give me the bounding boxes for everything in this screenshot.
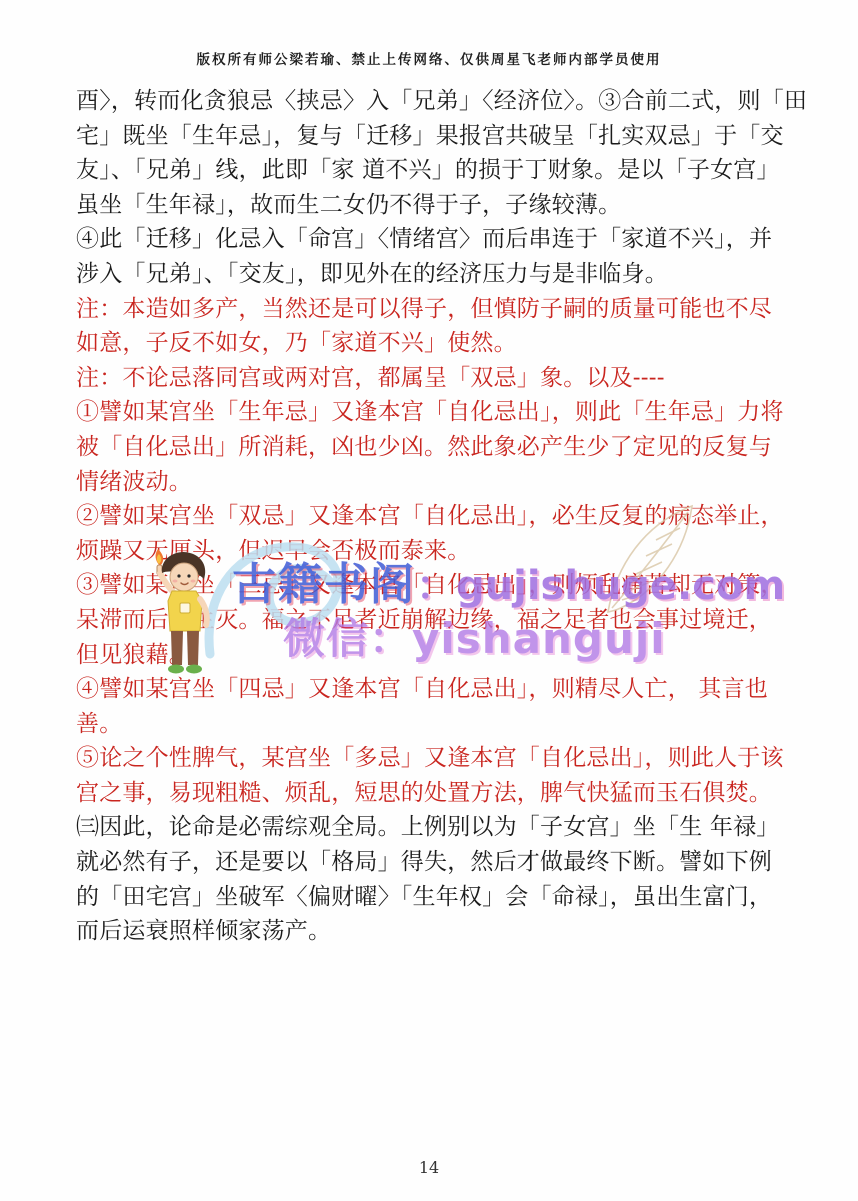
text-line: 注：不论忌落同宫或两对宫，都属呈「双忌」象。以及---- (76, 361, 828, 396)
text-line: 如意，子反不如女，乃「家道不兴」使然。 (76, 326, 828, 361)
text-line: 虽坐「生年禄」，故而生二女仍不得于子，子缘较薄。 (76, 188, 828, 223)
text-line: 而后运衰照样倾家荡产。 (76, 914, 828, 949)
text-line: ④譬如某宫坐「四忌」又逢本宫「自化忌出」，则精尽人亡， 其言也 (76, 672, 828, 707)
text-line: 酉〉，转而化贪狼忌〈挟忌〉入「兄弟」〈经济位〉。③合前二式，则「田 (76, 84, 828, 119)
text-line: 注：本造如多产，当然还是可以得子，但慎防子嗣的质量可能也不尽 (76, 292, 828, 327)
text-line: ④此「迁移」化忌入「命宫」〈情绪宫〉而后串连于「家道不兴」，并 (76, 222, 828, 257)
text-line: ⑤论之个性脾气，某宫坐「多忌」又逢本宫「自化忌出」，则此人于该 (76, 741, 828, 776)
text-line: 友」、「兄弟」线，此即「家 道不兴」的损于丁财象。是以「子女宫」 (76, 153, 828, 188)
text-line: ②譬如某宫坐「双忌」又逢本宫「自化忌出」，必生反复的病态举止， (76, 499, 828, 534)
text-line: 涉入「兄弟」、「交友」，即见外在的经济压力与是非临身。 (76, 257, 828, 292)
copyright-header: 版权所有师公梁若瑜、禁止上传网络、仅供周星飞老师内部学员使用 (0, 48, 858, 68)
text-line: ①譬如某宫坐「生年忌」又逢本宫「自化忌出」，则此「生年忌」力将 (76, 395, 828, 430)
text-line: ③譬如某宫坐「三忌」又逢本宫「自化忌出」，则烦乱痛苦却无对策， (76, 568, 828, 603)
page-number: 14 (0, 1158, 858, 1177)
text-line: 被「自化忌出」所消耗，凶也少凶。然此象必产生少了定见的反复与 (76, 430, 828, 465)
text-line: 善。 (76, 707, 828, 742)
text-line: 烦躁又无厘头，但迟早会否极而泰来。 (76, 534, 828, 569)
text-line: 呆滞而后自生灭。福之不足者近崩解边缘，福之足者也会事过境迁， (76, 603, 828, 638)
text-line: 情绪波动。 (76, 465, 828, 500)
text-line: 但见狼藉。 (76, 638, 828, 673)
text-line: 宅」既坐「生年忌」，复与「迁移」果报宫共破呈「扎实双忌」于「交 (76, 119, 828, 154)
text-line: 的「田宅宫」坐破军〈偏财曜〉「生年权」会「命禄」，虽出生富门， (76, 880, 828, 915)
document-page: 版权所有师公梁若瑜、禁止上传网络、仅供周星飞老师内部学员使用 酉〉，转而化贪狼忌… (0, 0, 858, 1201)
text-line: ㈢因此，论命是必需综观全局。上例别以为「子女宫」坐「生 年禄」 (76, 810, 828, 845)
text-line: 宫之事，易现粗糙、烦乱，短思的处置方法，脾气快猛而玉石俱焚。 (76, 776, 828, 811)
text-line: 就必然有子，还是要以「格局」得失，然后才做最终下断。譬如下例 (76, 845, 828, 880)
text-block: 酉〉，转而化贪狼忌〈挟忌〉入「兄弟」〈经济位〉。③合前二式，则「田宅」既坐「生年… (76, 84, 828, 949)
